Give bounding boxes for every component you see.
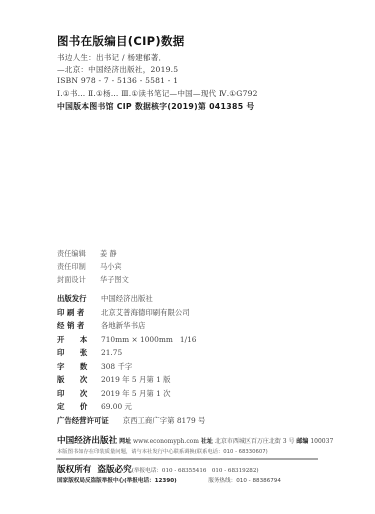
cip-record-number: 中国版本图书馆 CIP 数据核字(2019)第 041385 号 xyxy=(57,101,255,112)
pub-row: 出版发行中国经济出版社 xyxy=(57,293,153,304)
staff-label: 封面设计 xyxy=(57,275,100,285)
footer-publisher-line: 中国经济出版社 网址 www.economyph.com 社址 北京市西城区百万… xyxy=(57,434,333,446)
pub-label: 版 次 xyxy=(57,374,101,385)
address-label: 社址 xyxy=(201,438,213,445)
pub-row: 开 本710mm × 1000mm 1/16 xyxy=(57,334,196,345)
pub-value: 中国经济出版社 xyxy=(101,294,153,303)
staff-row-cover-design: 封面设计华子图文 xyxy=(57,275,129,285)
pub-value: 69.00 元 xyxy=(101,402,132,411)
pub-row: 印 次2019 年 5 月第 1 次 xyxy=(57,388,171,399)
pub-row: 经 销 者各地新华书店 xyxy=(57,320,145,331)
pub-row: 印 刷 者北京艾普海德印刷有限公司 xyxy=(57,307,190,318)
cip-line-title-author: 书边人生：出书记 / 杨建郁著． xyxy=(57,52,166,63)
copyright-statement: 版权所有 盗版必究 xyxy=(57,465,132,475)
postcode-label: 邮编 xyxy=(296,438,308,445)
pub-row: 定 价69.00 元 xyxy=(57,401,132,412)
footer-quality-notice: 本版图书如存在印装质量问题，请与本社发行中心联系调换(联系电话：010 - 68… xyxy=(57,447,268,455)
pub-value: 710mm × 1000mm 1/16 xyxy=(101,335,196,344)
pub-value: 2019 年 5 月第 1 次 xyxy=(101,389,171,398)
pub-value: 北京艾普海德印刷有限公司 xyxy=(101,308,190,317)
staff-row-editor: 责任编辑姜 静 xyxy=(57,249,117,259)
footer-copyright-line: 版权所有 盗版必究(举报电话：010 - 68355416 010 - 6831… xyxy=(57,463,259,475)
pub-label: 开 本 xyxy=(57,334,101,345)
staff-label: 责任编辑 xyxy=(57,249,100,259)
pub-label: 经 销 者 xyxy=(57,320,101,331)
staff-label: 责任印制 xyxy=(57,262,100,272)
pub-label: 印 张 xyxy=(57,347,101,358)
pub-row: 印 张21.75 xyxy=(57,347,122,358)
pub-label: 印 刷 者 xyxy=(57,307,101,318)
staff-value: 马小宾 xyxy=(100,262,122,271)
pub-value: 2019 年 5 月第 1 版 xyxy=(101,375,171,384)
pub-value: 21.75 xyxy=(101,348,122,357)
staff-value: 华子图文 xyxy=(100,275,129,284)
cip-line-isbn: ISBN 978 - 7 - 5136 - 5581 - 1 xyxy=(57,76,178,85)
website-label: 网址 xyxy=(119,438,131,445)
pub-row: 字 数308 千字 xyxy=(57,361,132,372)
pub-value: 各地新华书店 xyxy=(101,321,145,330)
cip-title: 图书在版编目(CIP)数据 xyxy=(57,33,185,49)
staff-value: 姜 静 xyxy=(100,249,117,258)
pub-label: 广告经营许可证 xyxy=(57,415,109,426)
pub-value: 京西工商广字第 8179 号 xyxy=(123,416,206,425)
staff-row-printing: 责任印制马小宾 xyxy=(57,262,122,272)
report-center: 国家版权局反盗版举报中心(举报电话：12390) xyxy=(57,478,177,484)
pub-label: 出版发行 xyxy=(57,293,101,304)
cip-line-publisher: —北京：中国经济出版社，2019.5 xyxy=(57,64,178,75)
service-hotline: 服务热线：010 - 88386794 xyxy=(208,478,281,484)
pub-row: 版 次2019 年 5 月第 1 版 xyxy=(57,374,171,385)
copyright-phones: (举报电话：010 - 68355416 010 - 68319282) xyxy=(132,468,259,474)
pub-label: 印 次 xyxy=(57,388,101,399)
pub-label: 定 价 xyxy=(57,401,101,412)
footer-publisher-name: 中国经济出版社 xyxy=(57,436,117,446)
footer-divider xyxy=(56,458,318,460)
postcode-value: 100037 xyxy=(310,438,333,445)
footer-report-line: 国家版权局反盗版举报中心(举报电话：12390) 服务热线：010 - 8838… xyxy=(57,476,281,484)
cip-line-classification: Ⅰ.①书… Ⅱ.①杨… Ⅲ.①读书笔记—中国—现代 Ⅳ.①G792 xyxy=(57,88,258,99)
website-link[interactable]: www.economyph.com xyxy=(133,438,199,445)
pub-row: 广告经营许可证京西工商广字第 8179 号 xyxy=(57,415,205,426)
pub-value: 308 千字 xyxy=(101,362,132,371)
address-value: 北京市西城区百万庄北街 3 号 xyxy=(215,438,295,445)
pub-label: 字 数 xyxy=(57,361,101,372)
